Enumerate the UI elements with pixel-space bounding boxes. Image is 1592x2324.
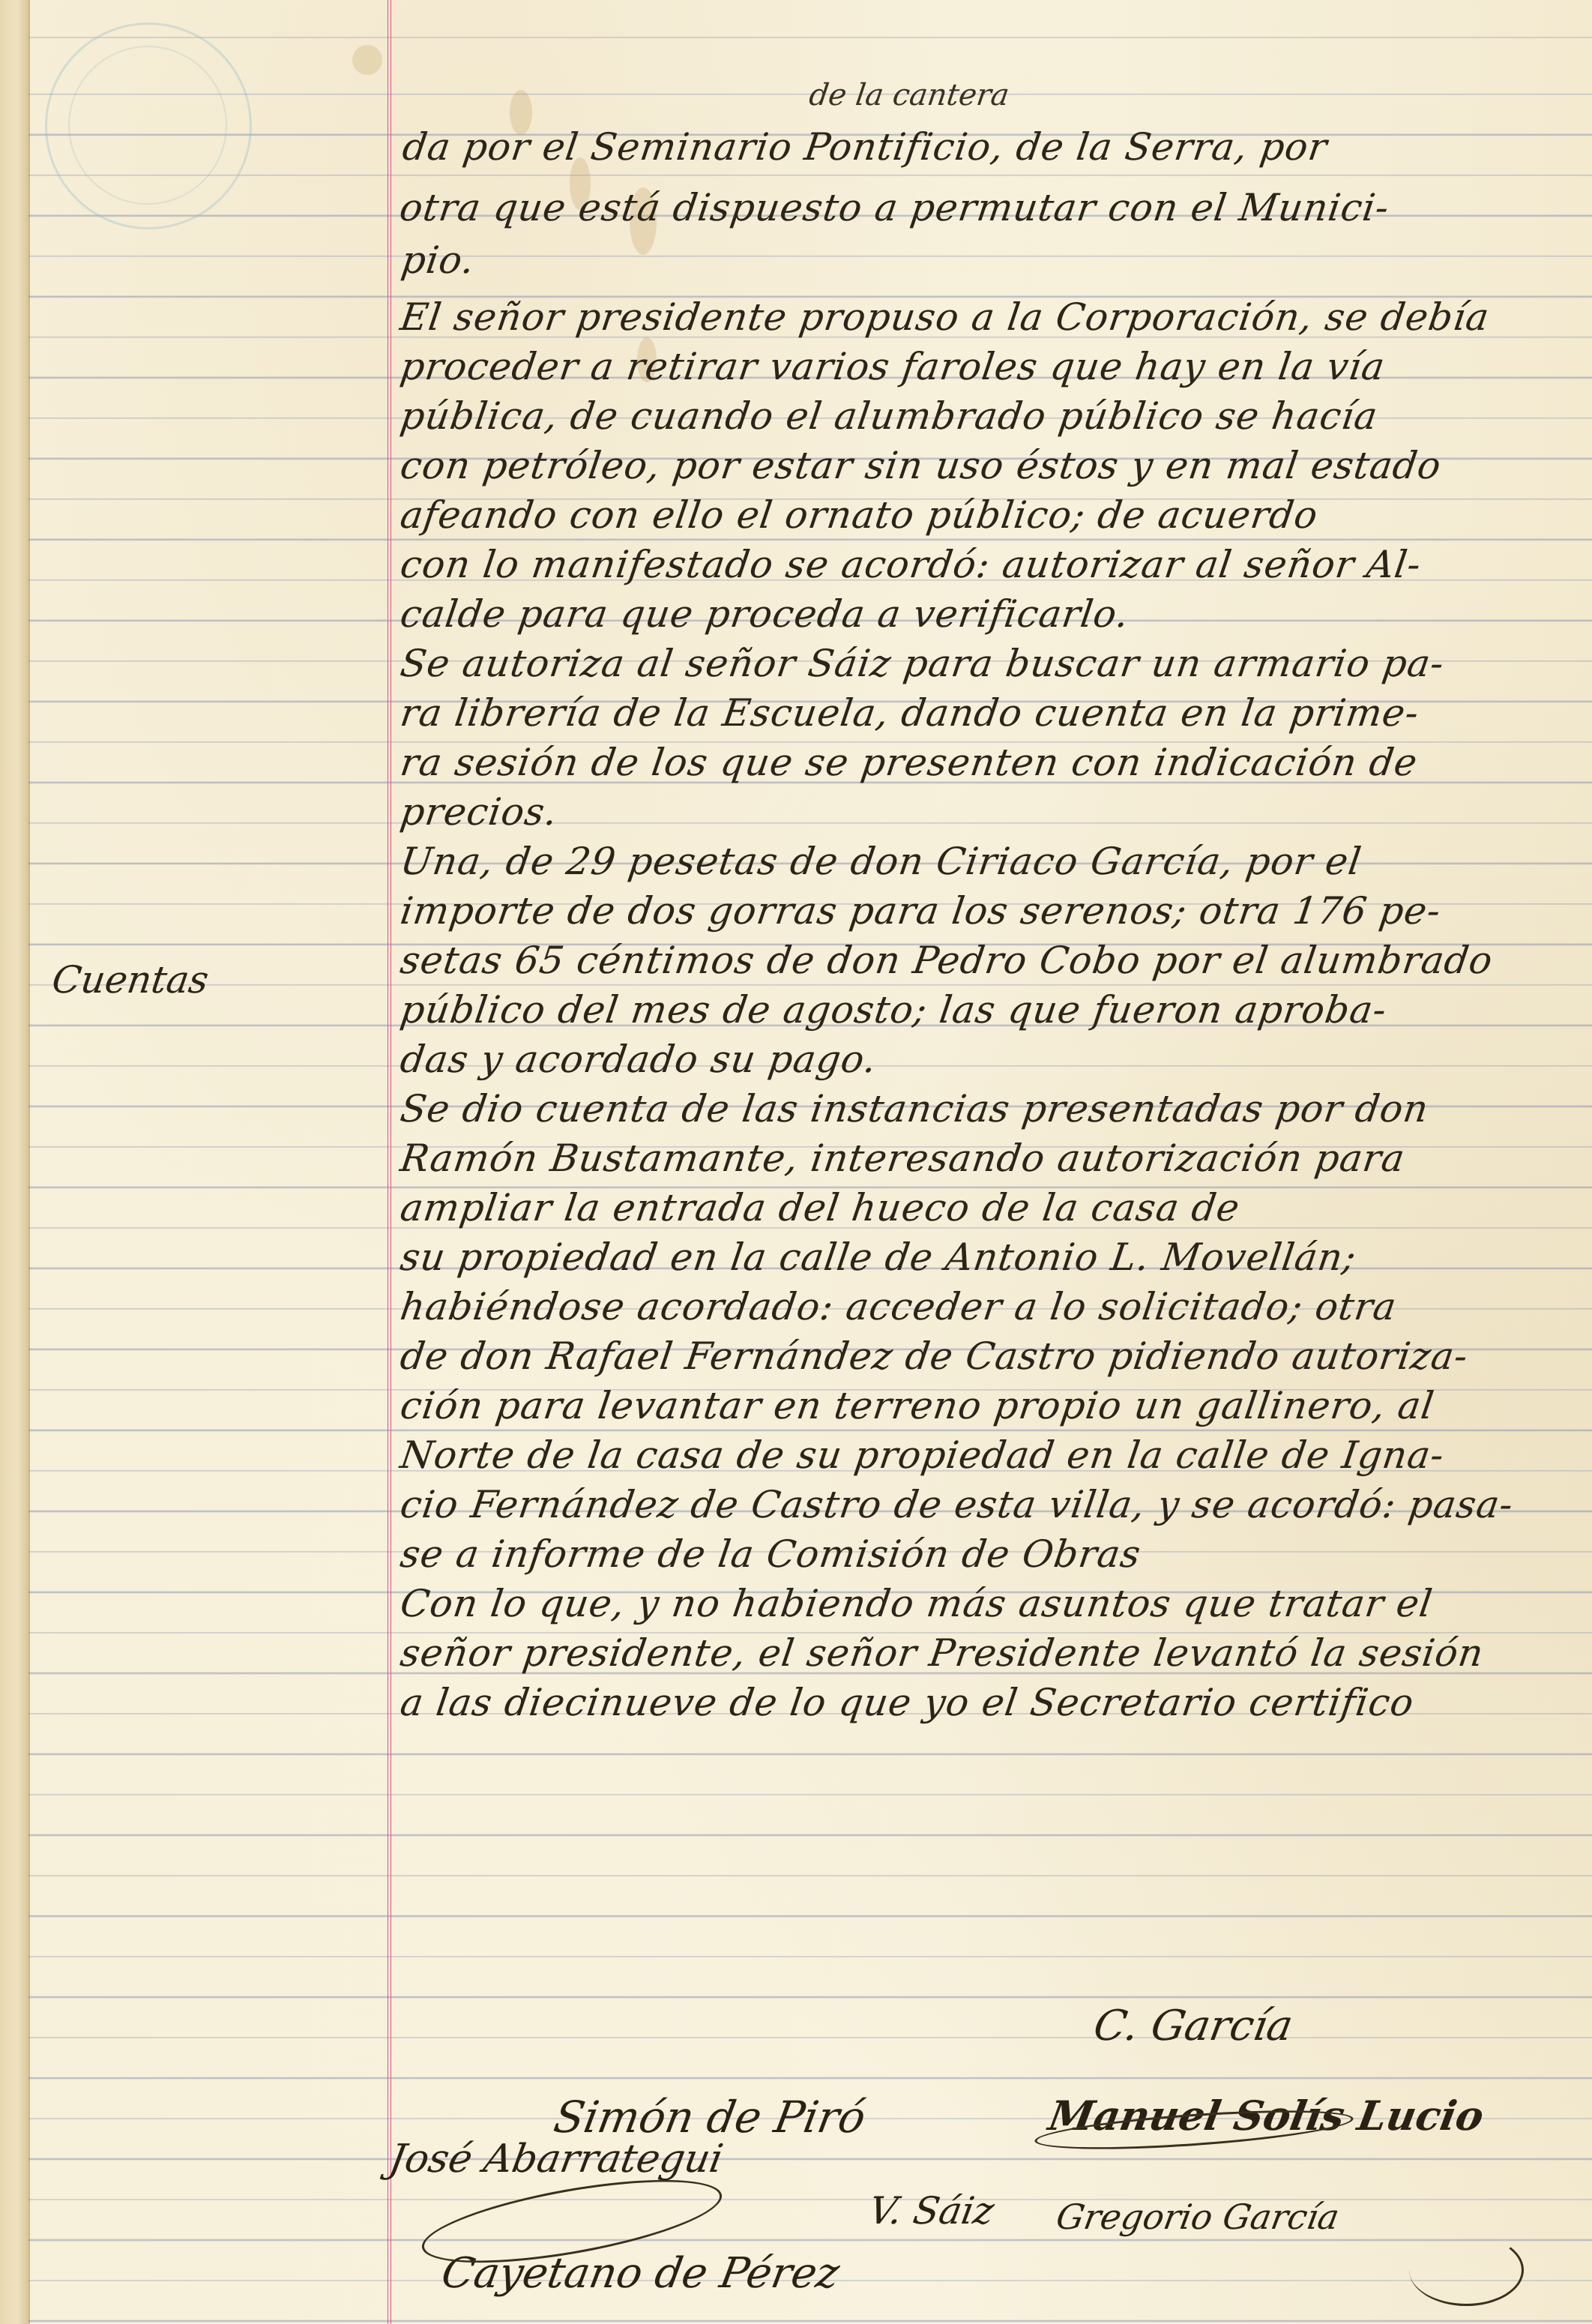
text-line: Ramón Bustamante, interesando autorizaci… — [397, 1134, 1567, 1183]
text-line: señor presidente, el señor Presidente le… — [397, 1628, 1567, 1678]
signature: V. Sáiz — [866, 2189, 998, 2233]
text-line: cio Fernández de Castro de esta villa, y… — [397, 1480, 1567, 1529]
red-margin-rule — [388, 0, 391, 2324]
text-line: Una, de 29 pesetas de don Ciriaco García… — [397, 837, 1567, 886]
text-line: se a informe de la Comisión de Obras — [397, 1529, 1567, 1579]
page-binding-edge — [0, 0, 30, 2324]
signature-secretary: C. García — [1090, 2002, 1296, 2050]
text-line: da por el Seminario Pontificio, de la Se… — [397, 106, 1567, 187]
signature: Simón de Piró — [550, 2092, 869, 2143]
minutes-body: da por el Seminario Pontificio, de la Se… — [397, 106, 1567, 1727]
ledger-page: de la cantera Cuentas da por el Seminari… — [0, 0, 1592, 2324]
text-line: ra librería de la Escuela, dando cuenta … — [397, 688, 1567, 738]
text-line: ampliar la entrada del hueco de la casa … — [397, 1183, 1567, 1232]
text-line: con petróleo, por estar sin uso éstos y … — [397, 441, 1567, 490]
signature-flourish — [1409, 2234, 1524, 2306]
signature: Gregorio García — [1053, 2197, 1342, 2237]
text-line: Norte de la casa de su propiedad en la c… — [397, 1430, 1567, 1480]
text-line: Se autoriza al señor Sáiz para buscar un… — [397, 639, 1567, 688]
text-line: su propiedad en la calle de Antonio L. M… — [397, 1232, 1567, 1282]
text-line: das y acordado su pago. — [397, 1035, 1567, 1084]
foxing-stain — [352, 45, 382, 75]
text-line: otra que está dispuesto a permutar con e… — [397, 187, 1567, 228]
text-line: con lo manifestado se acordó: autorizar … — [397, 540, 1567, 589]
text-line: público del mes de agosto; las que fuero… — [397, 985, 1567, 1035]
text-line: pública, de cuando el alumbrado público … — [397, 391, 1567, 441]
margin-heading-cuentas: Cuentas — [49, 958, 211, 1002]
text-line: importe de dos gorras para los serenos; … — [397, 886, 1567, 936]
text-line: afeando con ello el ornato público; de a… — [397, 490, 1567, 540]
text-line: habiéndose acordado: acceder a lo solici… — [397, 1282, 1567, 1331]
faded-seal-stamp-icon — [45, 22, 252, 229]
text-line: calde para que proceda a verificarlo. — [397, 589, 1567, 639]
text-line: El señor presidente propuso a la Corpora… — [397, 292, 1567, 342]
signature: José Abarrategui — [386, 2137, 726, 2182]
text-line: precios. — [397, 787, 1567, 837]
text-line: setas 65 céntimos de don Pedro Cobo por … — [397, 936, 1567, 985]
text-line: ra sesión de los que se presenten con in… — [397, 738, 1567, 787]
text-line: Con lo que, y no habiendo más asuntos qu… — [397, 1579, 1567, 1628]
text-line: Se dio cuenta de las instancias presenta… — [397, 1084, 1567, 1134]
text-line: a las diecinueve de lo que yo el Secreta… — [397, 1678, 1567, 1727]
text-line: ción para levantar en terreno propio un … — [397, 1381, 1567, 1430]
text-line: pio. — [397, 228, 1567, 292]
text-line: proceder a retirar varios faroles que ha… — [397, 342, 1567, 391]
text-line: de don Rafael Fernández de Castro pidien… — [397, 1331, 1567, 1381]
